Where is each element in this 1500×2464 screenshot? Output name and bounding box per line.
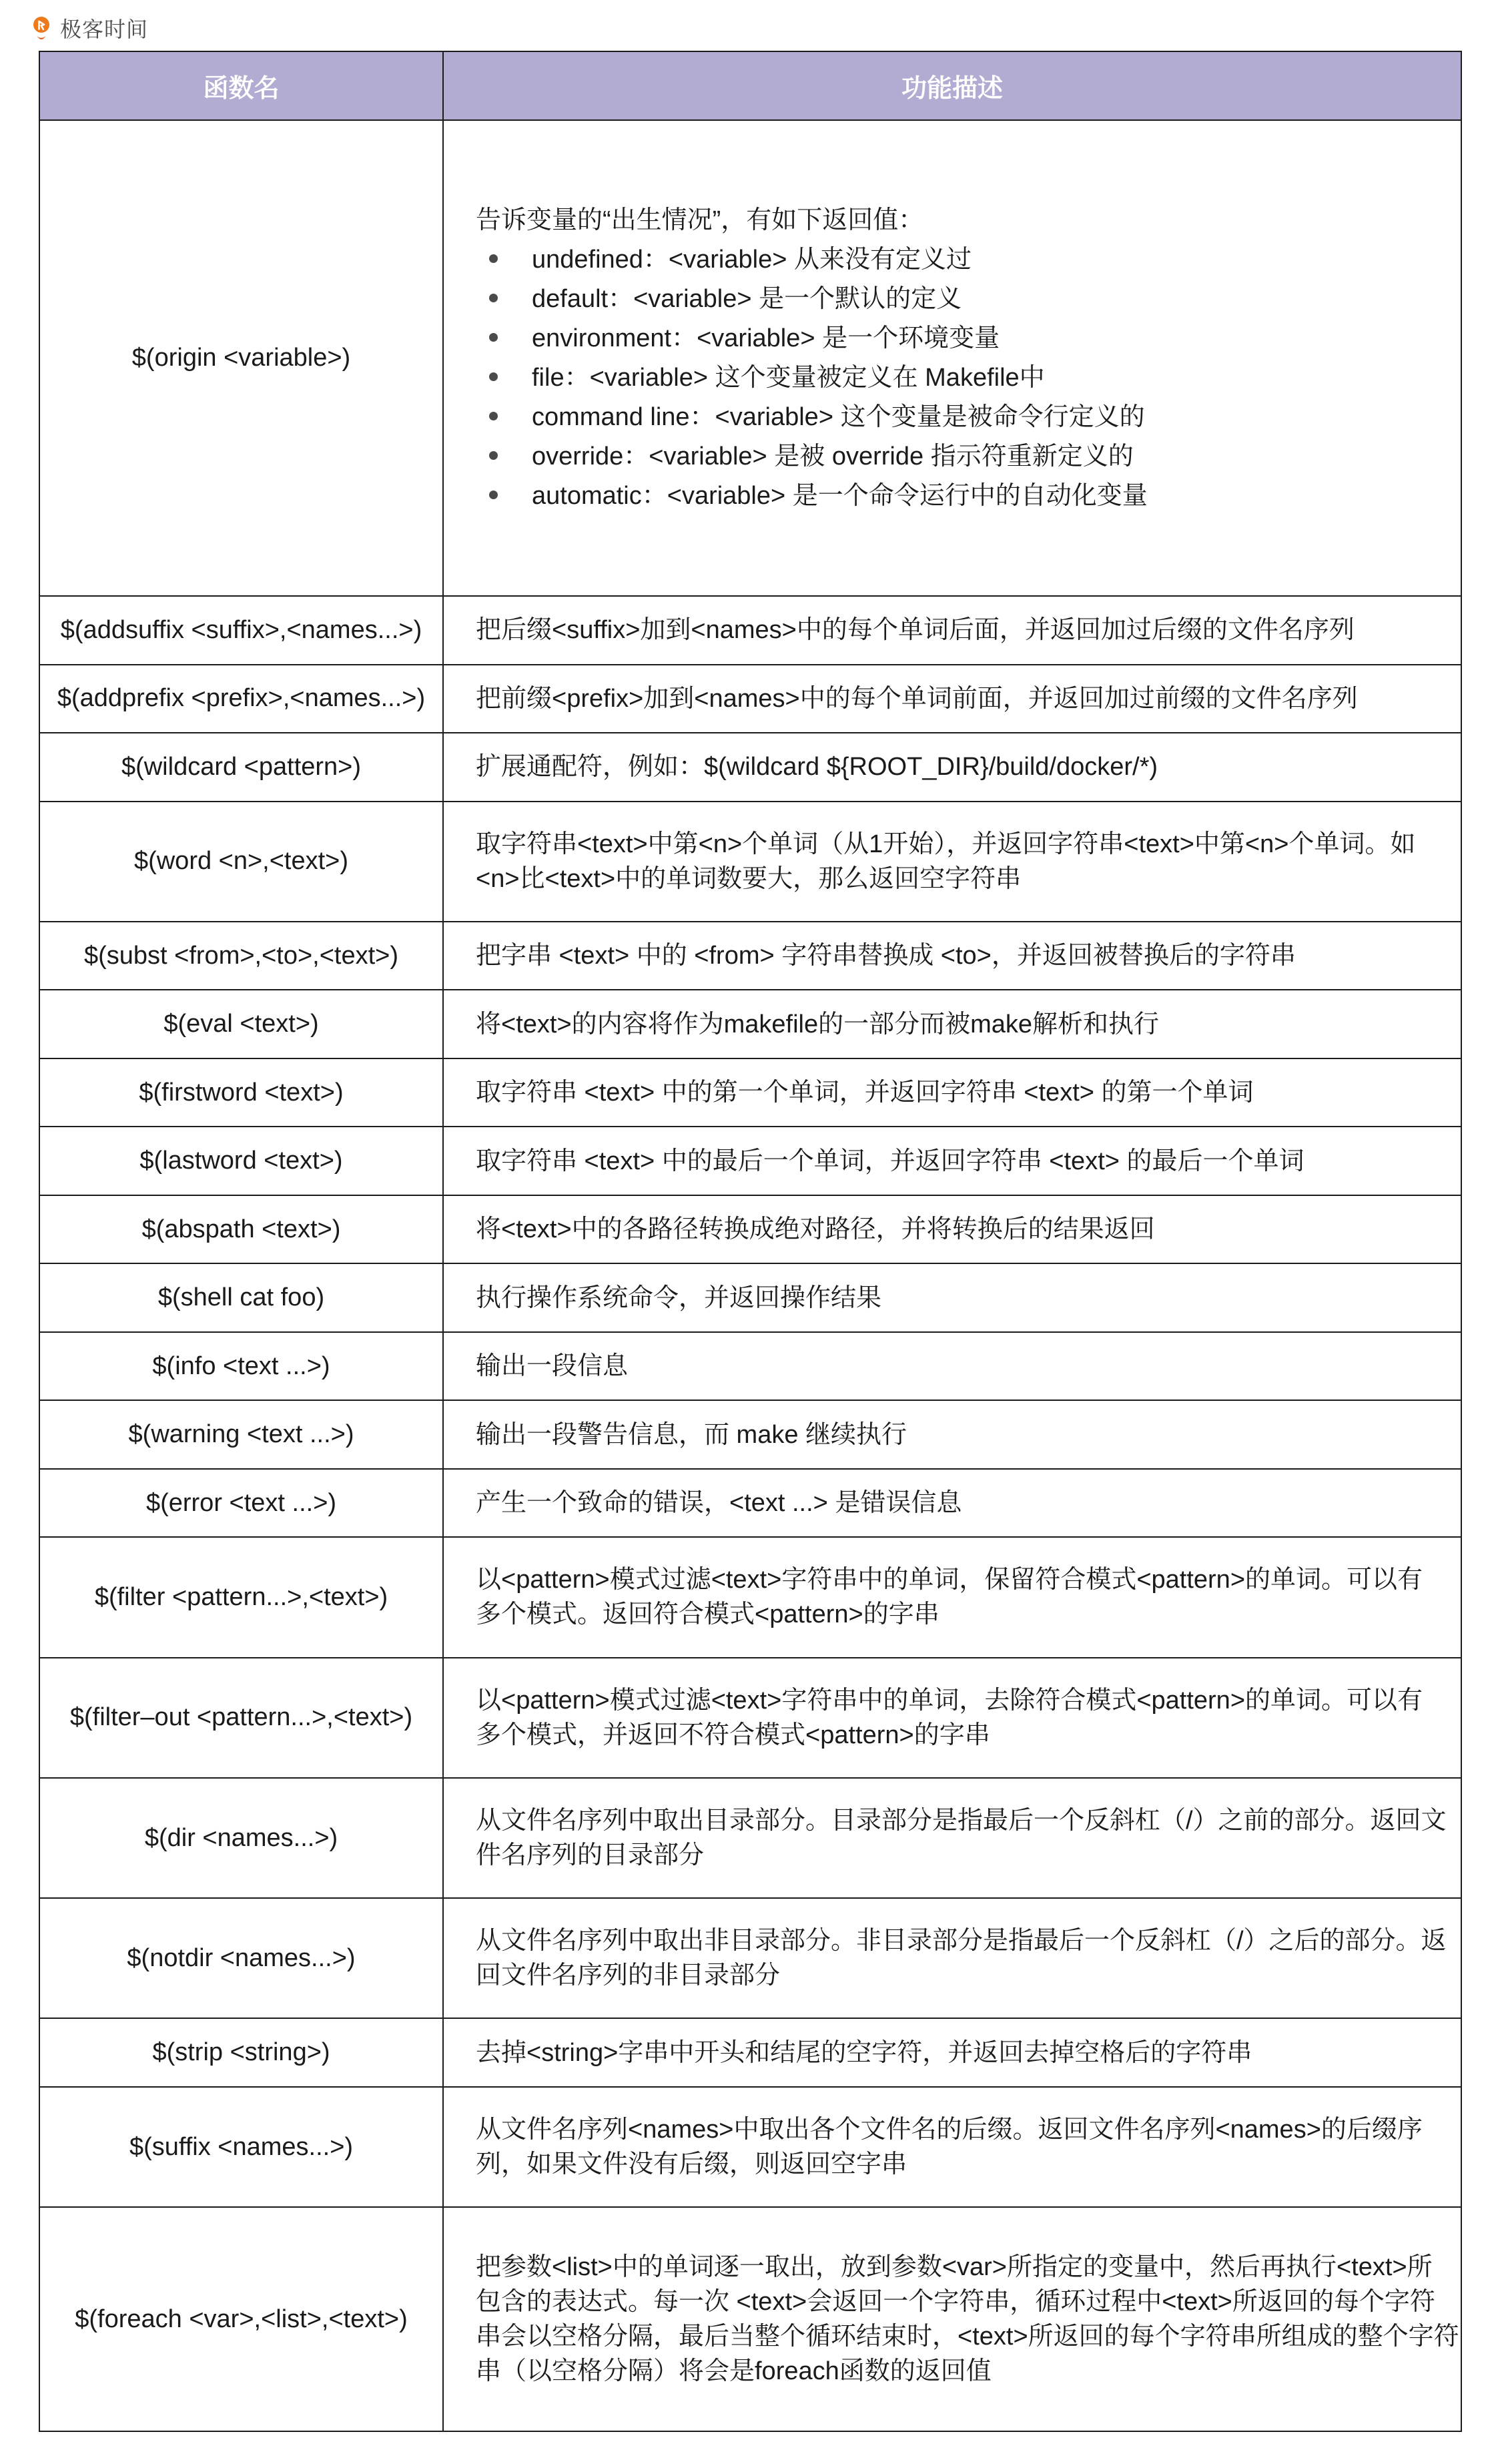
table-row: $(origin <variable>) 告诉变量的“出生情况”，有如下返回值：…: [40, 121, 1461, 597]
geektime-logo-icon: [33, 15, 50, 44]
description-line: 输出一段信息: [476, 1349, 628, 1383]
function-name: $(addprefix <prefix>,<names...>): [57, 684, 425, 713]
table-header-row: 函数名 功能描述: [40, 52, 1461, 121]
description-line: 把前缀<prefix>加到<names>中的每个单词前面，并返回加过前缀的文件名…: [476, 681, 1358, 716]
function-name-cell: $(wildcard <pattern>): [40, 733, 444, 801]
description-line: 扩展通配符，例如：$(wildcard ${ROOT_DIR}/build/do…: [476, 749, 1158, 784]
function-name-cell: $(eval <text>): [40, 990, 444, 1058]
table-row: $(foreach <var>,<list>,<text>) 把参数<list>…: [40, 2208, 1461, 2432]
function-name: $(error <text ...>): [146, 1489, 336, 1518]
list-item-text: default：<variable> 是一个默认的定义: [532, 285, 962, 313]
bullet-icon: [489, 372, 498, 381]
table-row: $(warning <text ...>) 输出一段警告信息，而 make 继续…: [40, 1401, 1461, 1470]
description-line: 回文件名序列的非目录部分: [476, 1958, 1447, 1993]
function-name-cell: $(filter <pattern...>,<text>): [40, 1538, 444, 1656]
table-row: $(subst <from>,<to>,<text>) 把字串 <text> 中…: [40, 922, 1461, 991]
description-line: 串（以空格分隔）将会是foreach函数的返回值: [476, 2354, 1459, 2389]
description-line: 把后缀<suffix>加到<names>中的每个单词后面，并返回加过后缀的文件名…: [476, 613, 1355, 647]
description-cell: 输出一段信息: [444, 1333, 1461, 1400]
description-cell: 告诉变量的“出生情况”，有如下返回值： undefined：<variable>…: [444, 121, 1461, 595]
description-line: 执行操作系统命令，并返回操作结果: [476, 1281, 881, 1315]
description-cell: 把前缀<prefix>加到<names>中的每个单词前面，并返回加过前缀的文件名…: [444, 665, 1461, 733]
function-name: $(subst <from>,<to>,<text>): [84, 942, 398, 970]
function-name-cell: $(dir <names...>): [40, 1779, 444, 1897]
table-row: $(filter–out <pattern...>,<text>) 以<patt…: [40, 1658, 1461, 1779]
description-line: 从文件名序列中取出非目录部分。非目录部分是指最后一个反斜杠（/）之后的部分。返: [476, 1923, 1447, 1958]
description-cell: 产生一个致命的错误，<text ...> 是错误信息: [444, 1470, 1461, 1537]
description-line: 多个模式，并返回不符合模式<pattern>的字串: [476, 1718, 1423, 1753]
table-row: $(info <text ...>) 输出一段信息: [40, 1333, 1461, 1402]
description-line: 串会以空格分隔，最后当整个循环结束时，<text>所返回的每个字符串所组成的整个…: [476, 2319, 1459, 2354]
function-name-cell: $(filter–out <pattern...>,<text>): [40, 1658, 444, 1777]
function-name: $(firstword <text>): [139, 1079, 343, 1107]
function-name-cell: $(strip <string>): [40, 2019, 444, 2086]
description-line: 列，如果文件没有后缀，则返回空字串: [476, 2147, 1423, 2182]
table-row: $(shell cat foo) 执行操作系统命令，并返回操作结果: [40, 1264, 1461, 1333]
description-cell: 把字串 <text> 中的 <from> 字符串替换成 <to>，并返回被替换后…: [444, 922, 1461, 990]
list-item: default：<variable> 是一个默认的定义: [476, 280, 1148, 319]
function-name-cell: $(subst <from>,<to>,<text>): [40, 922, 444, 990]
function-name-cell: $(origin <variable>): [40, 121, 444, 595]
function-name: $(wildcard <pattern>): [121, 753, 361, 782]
list-item: environment：<variable> 是一个环境变量: [476, 319, 1148, 358]
description-line: <n>比<text>中的单词数要大，那么返回空字符串: [476, 862, 1415, 896]
description-line: 取字符串 <text> 中的第一个单词，并返回字符串 <text> 的第一个单词: [476, 1075, 1254, 1110]
table-row: $(dir <names...>) 从文件名序列中取出目录部分。目录部分是指最后…: [40, 1779, 1461, 1899]
function-name-cell: $(addprefix <prefix>,<names...>): [40, 665, 444, 733]
function-name: $(filter <pattern...>,<text>): [95, 1583, 388, 1612]
table-row: $(wildcard <pattern>) 扩展通配符，例如：$(wildcar…: [40, 733, 1461, 802]
description-line: 产生一个致命的错误，<text ...> 是错误信息: [476, 1486, 962, 1520]
function-name: $(warning <text ...>): [129, 1420, 354, 1449]
bullet-icon: [489, 412, 498, 420]
description-line: 从文件名序列中取出目录部分。目录部分是指最后一个反斜杠（/）之前的部分。返回文: [476, 1803, 1447, 1838]
description-cell: 从文件名序列中取出非目录部分。非目录部分是指最后一个反斜杠（/）之后的部分。返 …: [444, 1899, 1461, 2018]
function-name: $(strip <string>): [152, 2038, 330, 2067]
description-cell: 以<pattern>模式过滤<text>字符串中的单词，保留符合模式<patte…: [444, 1538, 1461, 1656]
bullet-icon: [489, 451, 498, 460]
function-name: $(word <n>,<text>): [134, 847, 348, 876]
description-list: 告诉变量的“出生情况”，有如下返回值： undefined：<variable>…: [476, 201, 1148, 516]
function-name-cell: $(lastword <text>): [40, 1127, 444, 1195]
bullet-icon: [489, 294, 498, 302]
description-line: 取字符串<text>中第<n>个单词（从1开始），并返回字符串<text>中第<…: [476, 827, 1415, 862]
description-line: 件名序列的目录部分: [476, 1838, 1447, 1873]
header-description: 功能描述: [444, 52, 1461, 119]
bullet-icon: [489, 491, 498, 499]
list-item-text: file：<variable> 这个变量被定义在 Makefile中: [532, 364, 1045, 392]
function-name: $(origin <variable>): [132, 344, 350, 372]
brand-name: 极客时间: [60, 18, 148, 41]
description-line: 以<pattern>模式过滤<text>字符串中的单词，去除符合模式<patte…: [476, 1683, 1423, 1718]
list-item-text: override：<variable> 是被 override 指示符重新定义的: [532, 442, 1134, 471]
description-cell: 输出一段警告信息，而 make 继续执行: [444, 1401, 1461, 1468]
table-row: $(abspath <text>) 将<text>中的各路径转换成绝对路径，并将…: [40, 1196, 1461, 1265]
description-cell: 将<text>中的各路径转换成绝对路径，并将转换后的结果返回: [444, 1196, 1461, 1263]
table-row: $(addsuffix <suffix>,<names...>) 把后缀<suf…: [40, 597, 1461, 665]
description-cell: 扩展通配符，例如：$(wildcard ${ROOT_DIR}/build/do…: [444, 733, 1461, 801]
description-cell: 从文件名序列中取出目录部分。目录部分是指最后一个反斜杠（/）之前的部分。返回文 …: [444, 1779, 1461, 1897]
description-line: 输出一段警告信息，而 make 继续执行: [476, 1418, 907, 1452]
description-intro: 告诉变量的“出生情况”，有如下返回值：: [476, 201, 1148, 240]
function-name: $(info <text ...>): [152, 1352, 330, 1381]
function-name: $(abspath <text>): [142, 1215, 341, 1244]
list-item: automatic：<variable> 是一个命令运行中的自动化变量: [476, 477, 1148, 516]
description-line: 把字串 <text> 中的 <from> 字符串替换成 <to>，并返回被替换后…: [476, 938, 1296, 973]
function-name: $(addsuffix <suffix>,<names...>): [61, 616, 422, 645]
list-item: command line：<variable> 这个变量是被命令行定义的: [476, 398, 1148, 437]
description-line: 多个模式。返回符合模式<pattern>的字串: [476, 1597, 1423, 1632]
function-name-cell: $(foreach <var>,<list>,<text>): [40, 2208, 444, 2431]
table-row: $(firstword <text>) 取字符串 <text> 中的第一个单词，…: [40, 1059, 1461, 1128]
table-row: $(strip <string>) 去掉<string>字串中开头和结尾的空字符…: [40, 2019, 1461, 2088]
table-row: $(suffix <names...>) 从文件名序列<names>中取出各个文…: [40, 2088, 1461, 2208]
list-item: override：<variable> 是被 override 指示符重新定义的: [476, 437, 1148, 477]
table-row: $(lastword <text>) 取字符串 <text> 中的最后一个单词，…: [40, 1127, 1461, 1196]
function-name-cell: $(word <n>,<text>): [40, 802, 444, 921]
description-line: 将<text>中的各路径转换成绝对路径，并将转换后的结果返回: [476, 1212, 1155, 1247]
description-line: 以<pattern>模式过滤<text>字符串中的单词，保留符合模式<patte…: [476, 1562, 1423, 1597]
description-cell: 把后缀<suffix>加到<names>中的每个单词后面，并返回加过后缀的文件名…: [444, 597, 1461, 664]
description-line: 取字符串 <text> 中的最后一个单词，并返回字符串 <text> 的最后一个…: [476, 1144, 1304, 1179]
function-name-cell: $(suffix <names...>): [40, 2088, 444, 2206]
list-item-text: environment：<variable> 是一个环境变量: [532, 324, 1000, 352]
function-name: $(shell cat foo): [158, 1283, 324, 1312]
description-cell: 从文件名序列<names>中取出各个文件名的后缀。返回文件名序列<names>的…: [444, 2088, 1461, 2206]
table-row: $(addprefix <prefix>,<names...>) 把前缀<pre…: [40, 665, 1461, 734]
list-item: file：<variable> 这个变量被定义在 Makefile中: [476, 358, 1148, 398]
table-row: $(eval <text>) 将<text>的内容将作为makefile的一部分…: [40, 990, 1461, 1059]
function-name-cell: $(notdir <names...>): [40, 1899, 444, 2018]
list-item-text: undefined：<variable> 从来没有定义过: [532, 246, 972, 274]
description-line: 去掉<string>字串中开头和结尾的空字符，并返回去掉空格后的字符串: [476, 2036, 1252, 2070]
function-name: $(suffix <names...>): [129, 2133, 353, 2162]
bullet-icon: [489, 333, 498, 342]
function-name-cell: $(warning <text ...>): [40, 1401, 444, 1468]
function-name: $(dir <names...>): [145, 1824, 338, 1853]
description-cell: 将<text>的内容将作为makefile的一部分而被make解析和执行: [444, 990, 1461, 1058]
bullet-icon: [489, 254, 498, 263]
list-item-text: command line：<variable> 这个变量是被命令行定义的: [532, 403, 1145, 431]
table-row: $(notdir <names...>) 从文件名序列中取出非目录部分。非目录部…: [40, 1899, 1461, 2019]
function-name-cell: $(info <text ...>): [40, 1333, 444, 1400]
description-line: 包含的表达式。每一次 <text>会返回一个字符串，循环过程中<text>所返回…: [476, 2284, 1459, 2319]
description-cell: 取字符串<text>中第<n>个单词（从1开始），并返回字符串<text>中第<…: [444, 802, 1461, 921]
function-name-cell: $(firstword <text>): [40, 1059, 444, 1127]
header-function-name: 函数名: [40, 52, 444, 119]
function-name: $(notdir <names...>): [127, 1944, 355, 1973]
function-name: $(filter–out <pattern...>,<text>): [70, 1703, 412, 1732]
description-cell: 以<pattern>模式过滤<text>字符串中的单词，去除符合模式<patte…: [444, 1658, 1461, 1777]
description-cell: 执行操作系统命令，并返回操作结果: [444, 1264, 1461, 1331]
description-cell: 把参数<list>中的单词逐一取出，放到参数<var>所指定的变量中，然后再执行…: [444, 2208, 1461, 2431]
function-name: $(lastword <text>): [139, 1147, 342, 1175]
table-row: $(error <text ...>) 产生一个致命的错误，<text ...>…: [40, 1470, 1461, 1538]
function-name: $(foreach <var>,<list>,<text>): [75, 2305, 408, 2334]
description-cell: 取字符串 <text> 中的最后一个单词，并返回字符串 <text> 的最后一个…: [444, 1127, 1461, 1195]
table-row: $(word <n>,<text>) 取字符串<text>中第<n>个单词（从1…: [40, 802, 1461, 922]
description-line: 把参数<list>中的单词逐一取出，放到参数<var>所指定的变量中，然后再执行…: [476, 2250, 1459, 2284]
list-item: undefined：<variable> 从来没有定义过: [476, 240, 1148, 280]
description-cell: 取字符串 <text> 中的第一个单词，并返回字符串 <text> 的第一个单词: [444, 1059, 1461, 1127]
function-name: $(eval <text>): [163, 1010, 318, 1038]
function-name-cell: $(error <text ...>): [40, 1470, 444, 1537]
function-name-cell: $(addsuffix <suffix>,<names...>): [40, 597, 444, 664]
function-name-cell: $(shell cat foo): [40, 1264, 444, 1331]
function-name-cell: $(abspath <text>): [40, 1196, 444, 1263]
description-line: 将<text>的内容将作为makefile的一部分而被make解析和执行: [476, 1007, 1159, 1042]
table-row: $(filter <pattern...>,<text>) 以<pattern>…: [40, 1538, 1461, 1658]
description-line: 从文件名序列<names>中取出各个文件名的后缀。返回文件名序列<names>的…: [476, 2112, 1423, 2147]
description-cell: 去掉<string>字串中开头和结尾的空字符，并返回去掉空格后的字符串: [444, 2019, 1461, 2086]
make-functions-table: 函数名 功能描述 $(origin <variable>) 告诉变量的“出生情况…: [39, 51, 1462, 2432]
list-item-text: automatic：<variable> 是一个命令运行中的自动化变量: [532, 482, 1148, 510]
